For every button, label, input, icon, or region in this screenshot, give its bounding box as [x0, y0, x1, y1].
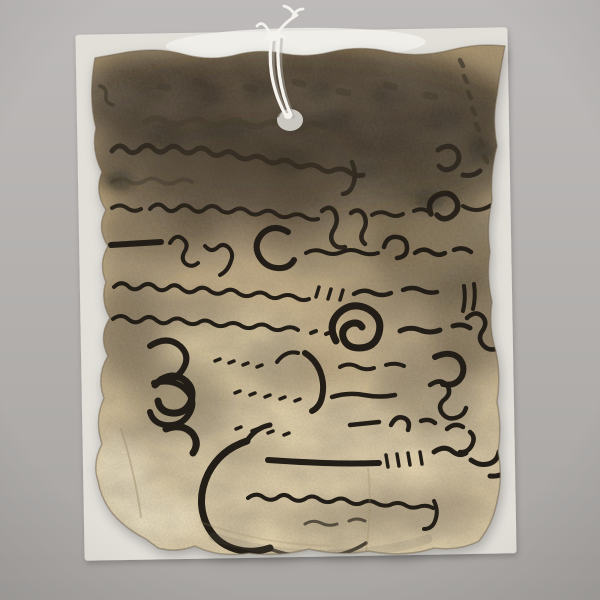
vignette-overlay — [0, 0, 600, 600]
manuscript-photo — [0, 0, 600, 600]
